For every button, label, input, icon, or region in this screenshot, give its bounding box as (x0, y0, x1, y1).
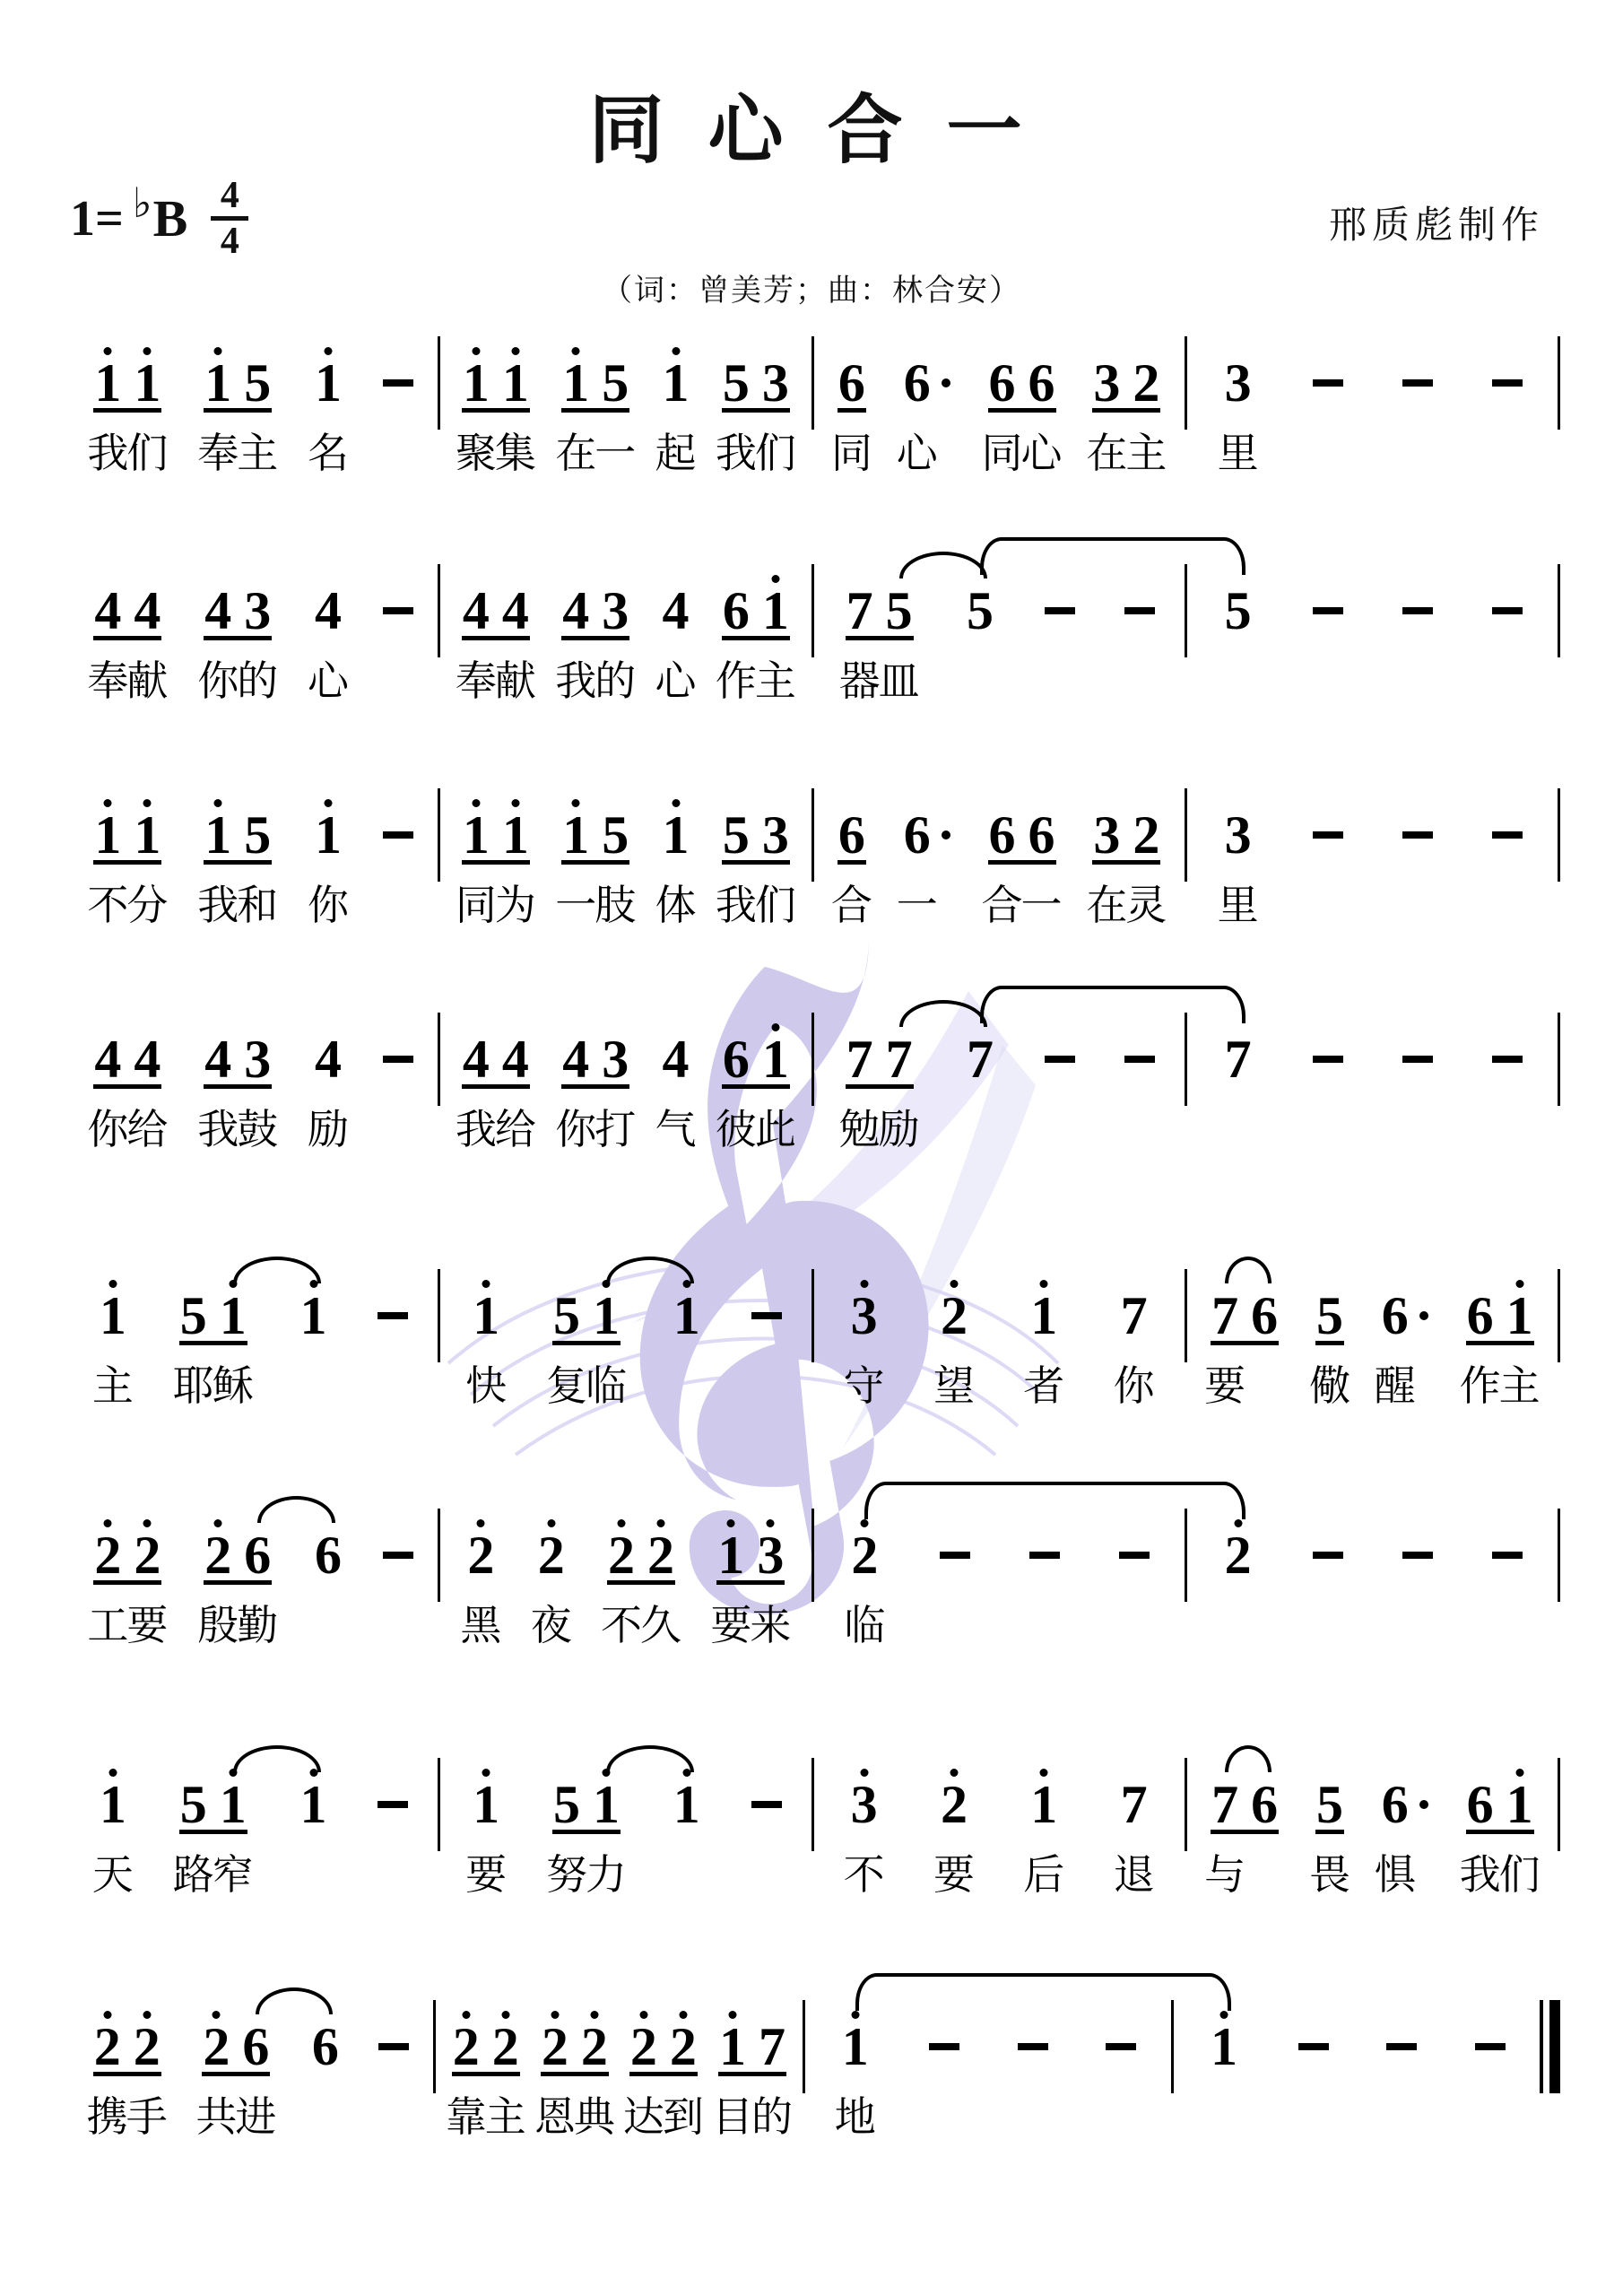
lyric-syllable: 的 (751, 2084, 793, 2144)
note-group: 1 (1208, 2014, 1240, 2079)
lyric-syllable: 要 (933, 1842, 975, 1901)
duration-dash (1298, 2043, 1329, 2050)
lyric-syllable: 殷 (197, 1593, 239, 1652)
lyric-syllable: 路 (173, 1842, 214, 1901)
lyric-syllable: 体 (655, 873, 697, 932)
measure: 4443461 (440, 578, 811, 643)
measure: 765661 (1187, 1283, 1558, 1348)
note-group: 1 (660, 351, 692, 415)
note-group: 5 (1222, 578, 1254, 643)
measure: 1511 (440, 1283, 811, 1348)
lyric-syllable: 靠 (446, 2084, 487, 2144)
note: 5 (723, 351, 750, 415)
lyric-syllable: 聚 (456, 421, 497, 480)
measure: 3 (1187, 351, 1558, 415)
note-group: 1 (298, 1772, 330, 1837)
lyric-syllable: 你 (87, 1097, 128, 1156)
lyric-syllable: 主 (1499, 1353, 1541, 1413)
beamed-note-group: 22 (605, 1523, 677, 1587)
lyric-syllable: 醒 (1375, 1353, 1416, 1413)
note: 6 (1467, 1283, 1494, 1348)
note: 2 (453, 2014, 480, 2079)
note: 1 (717, 1523, 744, 1587)
note: 1 (100, 1772, 126, 1837)
score: 1115111151536666323我们奉主名聚集在一起我们同心同心在主里44… (67, 0, 1560, 2296)
lyric-syllable: 一 (1021, 873, 1063, 932)
lyric-syllable: 心 (897, 421, 938, 480)
lyric-syllable: 来 (750, 1593, 791, 1652)
note-group: 1 (312, 803, 344, 867)
note: 4 (315, 1027, 342, 1091)
music-line-7: 151115113217765661天路窄要努力不要后退与畏惧我们 (67, 1731, 1560, 1907)
beamed-note-group: 15 (560, 351, 631, 415)
note: 5 (1225, 578, 1252, 643)
duration-dash (1045, 607, 1075, 614)
note: 5 (1316, 1283, 1343, 1348)
note: 1 (762, 578, 789, 643)
note: 2 (851, 1523, 878, 1587)
lyric-syllable: 在 (1086, 421, 1127, 480)
note: 2 (647, 1523, 674, 1587)
note: 1 (1506, 1283, 1533, 1348)
note: 1 (300, 1283, 327, 1348)
measure: 7 (1187, 1027, 1558, 1091)
note: 1 (719, 2014, 746, 2079)
note-group: 2 (938, 1283, 970, 1348)
duration-dash (929, 2043, 959, 2050)
beamed-note-group: 15 (202, 803, 273, 867)
barline (1558, 788, 1560, 882)
note: 5 (180, 1772, 207, 1837)
measure: 44434 (67, 1027, 438, 1091)
lyric-syllable: 主 (755, 648, 796, 708)
beamed-note-group: 51 (551, 1283, 622, 1348)
note: 6 (723, 1027, 750, 1091)
note: 7 (1211, 1283, 1238, 1348)
note: 3 (1093, 803, 1120, 867)
note: 4 (134, 578, 161, 643)
tie-arc (980, 537, 1245, 575)
final-barline (1540, 2000, 1560, 2093)
lyric-syllable: 们 (755, 421, 796, 480)
measure: 22266 (67, 2014, 433, 2079)
lyric-syllable: 儆 (1309, 1353, 1350, 1413)
beamed-note-group: 11 (91, 351, 163, 415)
note: 4 (94, 578, 121, 643)
measure: 2 (814, 1523, 1185, 1587)
note: 5 (244, 803, 271, 867)
beamed-note-group: 22 (628, 2014, 699, 2079)
beamed-note-group: 43 (202, 1027, 273, 1091)
lyric-syllable: 主 (1125, 421, 1167, 480)
lyric-syllable: 同 (456, 873, 497, 932)
note: 1 (100, 1283, 126, 1348)
lyric-syllable: 进 (235, 2084, 276, 2144)
note: 1 (502, 351, 529, 415)
note: 1 (134, 803, 161, 867)
lyric-syllable: 的 (237, 648, 278, 708)
duration-dash (1402, 607, 1433, 614)
final-barline-thick (1549, 2000, 1560, 2093)
note-group: 1 (298, 1283, 330, 1348)
note: 5 (886, 578, 913, 643)
music-line-2: 4443444434617555奉献你的心奉献我的心作主器皿 (67, 537, 1560, 713)
note-group: 6 (901, 351, 953, 415)
note-group: 7 (1118, 1283, 1150, 1348)
note: 3 (851, 1772, 878, 1837)
note: 2 (542, 2014, 568, 2079)
lyric-syllable: 们 (1499, 1842, 1541, 1901)
duration-dash (383, 831, 413, 839)
beamed-note-group: 43 (560, 578, 631, 643)
lyric-syllable: 目 (712, 2084, 753, 2144)
beamed-note-group: 43 (202, 578, 273, 643)
note: 2 (670, 2014, 697, 2079)
note: 2 (492, 2014, 519, 2079)
lyric-syllable: 主 (237, 421, 278, 480)
measure: 777 (814, 1027, 1185, 1091)
lyric-syllable: 彼 (716, 1097, 757, 1156)
lyric-syllable: 心 (1021, 421, 1063, 480)
lyric-syllable: 里 (1218, 421, 1259, 480)
duration-dash (383, 379, 413, 387)
measure: 755 (814, 578, 1185, 643)
lyric-syllable: 起 (655, 421, 697, 480)
note: 6 (989, 351, 1016, 415)
lyric-syllable: 鼓 (237, 1097, 278, 1156)
note-group: 6 (312, 1523, 344, 1587)
notes-row: 151115113217765661 (67, 1772, 1560, 1837)
note: 1 (562, 803, 589, 867)
slur-arc (256, 1987, 333, 2014)
duration-dash (1386, 2043, 1417, 2050)
lyric-syllable: 畏 (1309, 1842, 1350, 1901)
lyric-syllable: 耶 (173, 1353, 214, 1413)
note: 6 (904, 351, 931, 415)
duration-dash (1492, 1552, 1523, 1559)
slur-arc (257, 1496, 335, 1523)
note: 1 (1211, 2014, 1237, 2079)
lyric-syllable: 献 (495, 648, 536, 708)
beamed-note-group: 51 (551, 1772, 622, 1837)
lyric-syllable: 我 (1460, 1842, 1501, 1901)
notes-row: 4443444434617555 (67, 578, 1560, 643)
note: 6 (904, 803, 931, 867)
note: 2 (134, 1523, 161, 1587)
note: 5 (967, 578, 994, 643)
note: 1 (315, 351, 342, 415)
lyric-syllable: 稣 (213, 1353, 254, 1413)
lyric-syllable: 久 (640, 1593, 681, 1652)
beamed-note-group: 61 (720, 1027, 792, 1091)
note: 5 (553, 1772, 580, 1837)
note: 4 (562, 1027, 589, 1091)
barline (1558, 1269, 1560, 1362)
tie-arc (855, 1973, 1231, 2011)
beamed-note-group: 5 (1314, 1283, 1346, 1348)
note: 5 (602, 351, 629, 415)
note: 1 (94, 803, 121, 867)
note: 4 (204, 578, 231, 643)
beamed-note-group: 32 (1090, 351, 1162, 415)
music-line-6: 2226622221322工要殷勤黑夜不久要来临 (67, 1482, 1560, 1657)
note: 6 (1382, 1283, 1409, 1348)
lyric-syllable: 努 (546, 1842, 587, 1901)
lyric-syllable: 心 (655, 648, 697, 708)
augmentation-dot (1419, 1800, 1428, 1809)
note: 4 (463, 578, 490, 643)
lyric-syllable: 你 (555, 1097, 596, 1156)
note: 1 (1030, 1772, 1057, 1837)
note: 1 (134, 351, 161, 415)
note: 1 (663, 351, 690, 415)
note-group: 2 (535, 1523, 568, 1587)
lyric-syllable: 达 (623, 2084, 664, 2144)
lyric-syllable: 不 (601, 1593, 642, 1652)
lyric-syllable: 心 (308, 648, 349, 708)
note: 1 (502, 803, 529, 867)
note: 1 (463, 803, 490, 867)
duration-dash (1402, 379, 1433, 387)
notes-row: 1115111151536666323 (67, 803, 1560, 867)
lyric-syllable: 后 (1023, 1842, 1064, 1901)
music-line-1: 1115111151536666323我们奉主名聚集在一起我们同心同心在主里 (67, 309, 1560, 485)
lyric-syllable: 此 (755, 1097, 796, 1156)
note-group: 7 (1118, 1772, 1150, 1837)
note-group: 1 (312, 351, 344, 415)
note: 6 (1382, 1772, 1409, 1837)
note: 2 (134, 2014, 161, 2079)
note: 2 (1133, 351, 1159, 415)
note-group: 1 (671, 1772, 703, 1837)
note: 5 (1316, 1772, 1343, 1837)
note: 1 (463, 351, 490, 415)
note: 6 (312, 2014, 339, 2079)
slur-arc (233, 1745, 321, 1772)
note-group: 3 (848, 1772, 881, 1837)
note-group: 1 (660, 803, 692, 867)
duration-dash (751, 1801, 782, 1808)
note: 1 (220, 1772, 247, 1837)
lyric-syllable: 守 (844, 1353, 885, 1413)
beamed-note-group: 51 (178, 1283, 249, 1348)
note: 4 (315, 578, 342, 643)
note: 1 (762, 1027, 789, 1091)
note: 6 (1251, 1283, 1278, 1348)
note: 4 (204, 1027, 231, 1091)
lyric-syllable: 打 (595, 1097, 636, 1156)
lyric-syllable: 在 (555, 421, 596, 480)
note: 3 (762, 351, 789, 415)
duration-dash (383, 1552, 413, 1559)
note: 3 (602, 578, 629, 643)
beamed-note-group: 53 (720, 803, 792, 867)
beamed-note-group: 11 (460, 803, 532, 867)
lyric-syllable: 不 (844, 1842, 885, 1901)
note: 1 (842, 2014, 869, 2079)
measure: 222213 (440, 1523, 811, 1587)
note: 2 (630, 2014, 657, 2079)
beamed-note-group: 61 (720, 578, 792, 643)
slur-arc (899, 552, 987, 578)
note: 1 (593, 1772, 620, 1837)
music-line-5: 151115113217765661主耶稣快复临守望者你要儆醒作主 (67, 1242, 1560, 1418)
lyric-syllable: 者 (1023, 1353, 1064, 1413)
measure: 2 (1187, 1523, 1558, 1587)
lyric-syllable: 夜 (531, 1593, 572, 1652)
note-group: 1 (1028, 1772, 1060, 1837)
slur-arc (1225, 1257, 1271, 1283)
note: 6 (244, 1523, 271, 1587)
sheet-music-page: 同 心 合 一 1=♭B 4 4 邢质彪制作 （词：曾美芳；曲：林合安） 111… (0, 0, 1623, 2296)
note: 3 (757, 1523, 784, 1587)
note: 1 (673, 1283, 700, 1348)
duration-dash (751, 1312, 782, 1319)
note: 2 (941, 1772, 968, 1837)
note-group: 5 (964, 578, 996, 643)
duration-dash (1119, 1552, 1150, 1559)
lyric-syllable: 在 (1086, 873, 1127, 932)
final-barline-thin (1540, 2000, 1543, 2093)
notes-row: 151115113217765661 (67, 1283, 1560, 1348)
measure: 5 (1187, 578, 1558, 643)
duration-dash (1124, 1056, 1155, 1063)
lyric-syllable: 我 (197, 1097, 239, 1156)
note-group: 1 (671, 1283, 703, 1348)
note-group: 6 (309, 2014, 342, 2079)
slur-arc (233, 1257, 321, 1283)
note-group: 3 (1222, 351, 1254, 415)
note: 2 (1225, 1523, 1252, 1587)
note: 7 (1211, 1772, 1238, 1837)
lyric-syllable: 我 (716, 873, 757, 932)
measure: 4443461 (440, 1027, 811, 1091)
note: 3 (762, 803, 789, 867)
beamed-note-group: 44 (91, 578, 163, 643)
note: 6 (989, 803, 1016, 867)
note: 1 (473, 1283, 499, 1348)
slur-arc (606, 1257, 694, 1283)
notes-row: 222662222221711 (67, 2014, 1560, 2079)
note: 5 (244, 351, 271, 415)
beamed-note-group: 66 (986, 803, 1058, 867)
barline (1558, 336, 1560, 430)
note: 1 (1506, 1772, 1533, 1837)
note-group: 7 (964, 1027, 996, 1091)
lyric-syllable: 不 (87, 873, 128, 932)
note: 3 (1225, 803, 1252, 867)
lyric-syllable: 退 (1114, 1842, 1155, 1901)
lyric-syllable: 奉 (456, 648, 497, 708)
lyric-syllable: 气 (655, 1097, 697, 1156)
lyric-syllable: 里 (1218, 873, 1259, 932)
note: 4 (94, 1027, 121, 1091)
note: 6 (1251, 1772, 1278, 1837)
note-group: 2 (1222, 1523, 1254, 1587)
note: 6 (723, 578, 750, 643)
lyric-syllable: 你 (197, 648, 239, 708)
beamed-note-group: 11 (460, 351, 532, 415)
note-group: 4 (312, 578, 344, 643)
duration-dash (378, 1312, 408, 1319)
lyric-syllable: 我 (716, 421, 757, 480)
note: 5 (180, 1283, 207, 1348)
note: 6 (838, 803, 865, 867)
lyric-syllable: 与 (1204, 1842, 1245, 1901)
duration-dash (1313, 831, 1343, 839)
note-group: 4 (660, 578, 692, 643)
note: 4 (502, 578, 529, 643)
note: 4 (502, 1027, 529, 1091)
lyric-syllable: 同 (831, 421, 872, 480)
beamed-note-group: 76 (1209, 1283, 1280, 1348)
note-group: 1 (470, 1283, 502, 1348)
lyric-syllable: 共 (195, 2084, 237, 2144)
music-line-4: 4443444434617777你给我鼓励我给你打气彼此勉励 (67, 986, 1560, 1161)
lyric-syllable: 皿 (879, 648, 920, 708)
note-group: 3 (848, 1283, 881, 1348)
note: 3 (851, 1283, 878, 1348)
note: 4 (463, 1027, 490, 1091)
lyric-syllable: 给 (495, 1097, 536, 1156)
note: 4 (134, 1027, 161, 1091)
lyric-syllable: 要 (1204, 1353, 1245, 1413)
note-group: 4 (660, 1027, 692, 1091)
note: 6 (1028, 351, 1055, 415)
note-group: 3 (1222, 803, 1254, 867)
note: 2 (581, 2014, 608, 2079)
tie-arc (864, 1482, 1245, 1519)
note-group: 2 (938, 1772, 970, 1837)
note-group: 1 (97, 1772, 129, 1837)
note-group: 7 (1222, 1027, 1254, 1091)
lyric-syllable: 恩 (534, 2084, 576, 2144)
duration-dash (1029, 1552, 1060, 1559)
measure: 22266 (67, 1523, 438, 1587)
lyric-syllable: 临 (586, 1353, 627, 1413)
beamed-note-group: 17 (716, 2014, 788, 2079)
measure: 1511 (67, 1283, 438, 1348)
duration-dash (1402, 831, 1433, 839)
lyric-syllable: 主 (92, 1353, 134, 1413)
slur-arc (1225, 1745, 1271, 1772)
lyric-syllable: 你 (308, 873, 349, 932)
note: 4 (562, 578, 589, 643)
beamed-note-group: 32 (1090, 803, 1162, 867)
lyric-syllable: 一 (897, 873, 938, 932)
duration-dash (940, 1552, 970, 1559)
lyric-syllable: 名 (308, 421, 349, 480)
note-group: 1 (839, 2014, 872, 2079)
note: 2 (1133, 803, 1159, 867)
barline (1558, 1758, 1560, 1851)
beamed-note-group: 15 (202, 351, 273, 415)
beamed-note-group: 22 (91, 2014, 163, 2079)
note: 6 (838, 351, 865, 415)
measure: 11151 (67, 803, 438, 867)
note-group: 6 (1379, 1772, 1431, 1837)
note: 2 (94, 1523, 121, 1587)
duration-dash (383, 1056, 413, 1063)
beamed-note-group: 76 (1209, 1772, 1280, 1837)
lyric-syllable: 我 (197, 873, 239, 932)
lyric-syllable: 励 (308, 1097, 349, 1156)
measure: 44434 (67, 578, 438, 643)
tie-arc (980, 986, 1245, 1023)
barline (1558, 564, 1560, 657)
lyric-syllable: 献 (126, 648, 168, 708)
note: 1 (1030, 1283, 1057, 1348)
